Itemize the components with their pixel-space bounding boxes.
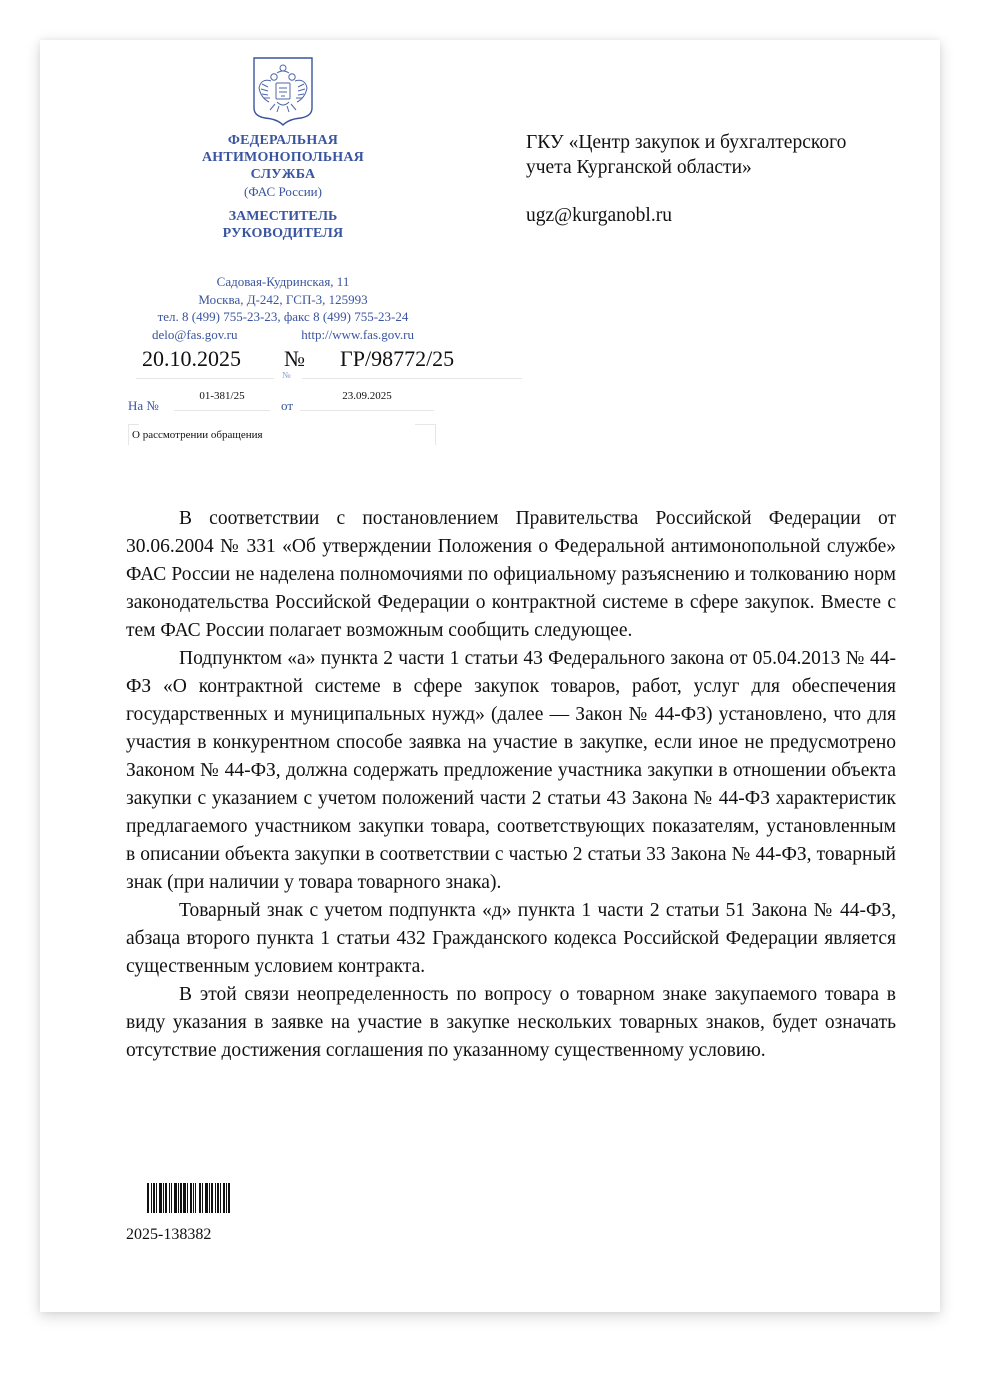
outgoing-number: ГР/98772/25 (340, 346, 454, 372)
letter-body: В соответствии с постановлением Правител… (126, 505, 896, 1065)
address-street: Садовая-Кудринская, 11 (130, 273, 436, 291)
barcode-icon (147, 1183, 243, 1213)
signer-role-line: РУКОВОДИТЕЛЯ (170, 225, 396, 242)
outgoing-date: 20.10.2025 (142, 346, 241, 372)
org-email-link[interactable]: delo@fas.gov.ru (152, 326, 238, 344)
body-paragraph: Товарный знак с учетом подпункта «д» пун… (126, 897, 896, 981)
addressee-email-link[interactable]: ugz@kurganobl.ru (526, 203, 906, 228)
subject-box: О рассмотрении обращения (128, 424, 436, 446)
ref-date-rule (300, 410, 434, 411)
subject-corner-mark (415, 424, 436, 445)
signer-role-line: ЗАМЕСТИТЕЛЬ (170, 208, 396, 225)
reference-row: На № 01-381/25 от 23.09.2025 (128, 386, 448, 414)
addressee-name-line: учета Курганской области» (526, 155, 906, 180)
coat-of-arms-icon (251, 56, 315, 126)
ref-number: 01-381/25 (174, 390, 270, 402)
body-paragraph: Подпунктом «а» пункта 2 части 1 статьи 4… (126, 645, 896, 897)
address-city: Москва, Д-242, ГСП-3, 125993 (130, 291, 436, 309)
ref-date: 23.09.2025 (300, 390, 434, 402)
addressee-name-line: ГКУ «Центр закупок и бухгалтерского (526, 130, 906, 155)
number-sign-ghost: № (282, 370, 291, 380)
ref-number-label: На № (128, 398, 159, 414)
org-website-link[interactable]: http://www.fas.gov.ru (301, 326, 414, 344)
number-rule (302, 378, 522, 379)
number-sign: № (284, 346, 305, 372)
org-name-line: СЛУЖБА (170, 166, 396, 183)
org-address: Садовая-Кудринская, 11 Москва, Д-242, ГС… (130, 273, 436, 343)
phone-fax: тел. 8 (499) 755-23-23, факс 8 (499) 755… (130, 308, 436, 326)
ref-number-rule (174, 410, 270, 411)
org-short-name: (ФАС России) (170, 183, 396, 200)
registration-row: 20.10.2025 № № ГР/98772/25 (130, 346, 446, 382)
date-rule (136, 378, 274, 379)
org-name-line: АНТИМОНОПОЛЬНАЯ (170, 149, 396, 166)
addressee-block: ГКУ «Центр закупок и бухгалтерского учет… (526, 130, 906, 228)
letter-page: ФЕДЕРАЛЬНАЯ АНТИМОНОПОЛЬНАЯ СЛУЖБА (ФАС … (40, 40, 940, 1312)
org-name-line: ФЕДЕРАЛЬНАЯ (170, 132, 396, 149)
letter-subject: О рассмотрении обращения (132, 429, 263, 441)
body-paragraph: В этой связи неопределенность по вопросу… (126, 981, 896, 1065)
body-paragraph: В соответствии с постановлением Правител… (126, 505, 896, 645)
contacts-row: delo@fas.gov.ru http://www.fas.gov.ru (130, 326, 436, 344)
org-header: ФЕДЕРАЛЬНАЯ АНТИМОНОПОЛЬНАЯ СЛУЖБА (ФАС … (170, 132, 396, 242)
ref-date-label: от (281, 398, 293, 414)
document-id: 2025-138382 (126, 1226, 211, 1244)
